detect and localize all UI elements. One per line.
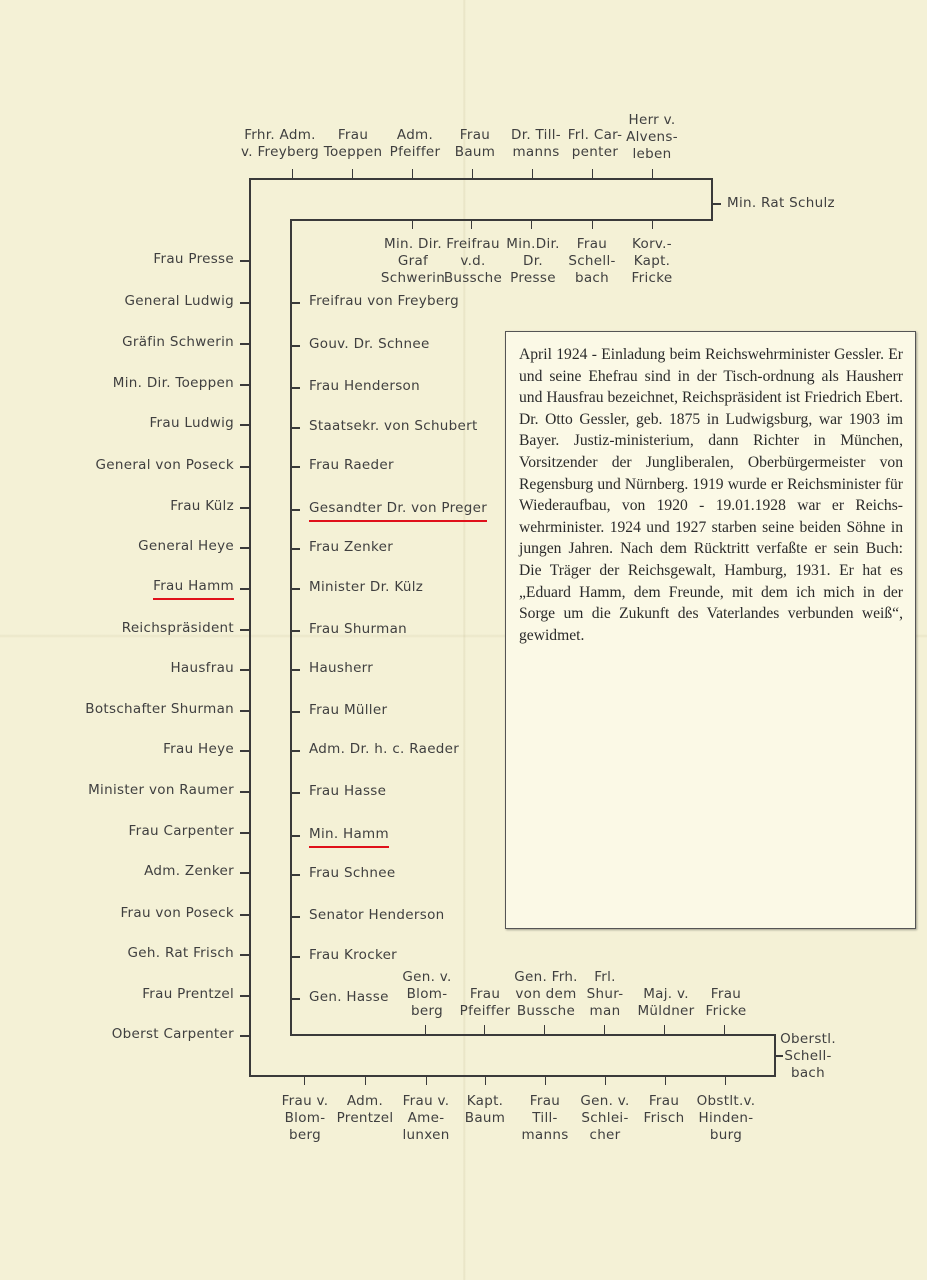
tick [240, 710, 249, 712]
tick [240, 384, 249, 386]
seat-label: Minister von Raumer [88, 782, 234, 799]
seat-label: Gen. Frh. von dem Bussche [514, 969, 578, 1020]
seat-label: Herr v. Alvens- leben [626, 112, 678, 163]
seat-label: Frau Külz [170, 498, 234, 515]
tick [724, 1025, 725, 1034]
tick [365, 1077, 366, 1085]
seat-label: Gouv. Dr. Schnee [309, 336, 430, 353]
tick [291, 835, 300, 837]
seat-label: General Heye [138, 538, 234, 555]
tick [352, 169, 353, 178]
seat-label: Adm. Prentzel [337, 1093, 394, 1127]
seat-label: Min. Dir. Toeppen [113, 375, 234, 392]
seat-label: Frau Ludwig [149, 415, 234, 432]
seat-label: Gen. v. Blom- berg [402, 969, 451, 1020]
seat-label: Hausherr [309, 660, 373, 677]
tick [291, 548, 300, 550]
tick [544, 1025, 545, 1034]
seat-label: Staatsekr. von Schubert [309, 418, 478, 435]
tick [426, 1077, 427, 1085]
seat-label: Senator Henderson [309, 907, 445, 924]
seat-label: Frau Müller [309, 702, 387, 719]
seat-label: Korv.- Kapt. Fricke [632, 236, 673, 287]
seat-label: Dr. Till- manns [511, 127, 561, 161]
top-end-tick [712, 203, 721, 205]
tick [240, 260, 249, 262]
seat-label: Minister Dr. Külz [309, 579, 423, 596]
tick [291, 302, 300, 304]
tick [240, 302, 249, 304]
seat-label: Frau Schell- bach [568, 236, 615, 287]
seat-label: Frau Krocker [309, 947, 397, 964]
tick [240, 872, 249, 874]
inner-left-line [290, 219, 292, 1035]
seat-label: Gräfin Schwerin [122, 334, 234, 351]
tick [240, 547, 249, 549]
tick [725, 1077, 726, 1085]
tick [240, 791, 249, 793]
seat-label: Frau Fricke [706, 986, 747, 1020]
seat-label: Min. Dir. Graf Schwerin [381, 236, 445, 287]
seat-label-highlighted: Gesandter Dr. von Preger [309, 500, 487, 522]
tick [291, 669, 300, 671]
tick [472, 169, 473, 178]
seat-label: Frl. Car- penter [568, 127, 623, 161]
tick [291, 509, 300, 511]
top-right-connector [711, 178, 713, 221]
tick [532, 169, 533, 178]
seat-label: Frau Hasse [309, 783, 386, 800]
tick [240, 466, 249, 468]
seat-label: Geh. Rat Frisch [128, 945, 234, 962]
seat-label: Frau Toeppen [324, 127, 383, 161]
tick [291, 630, 300, 632]
tick [240, 343, 249, 345]
tick [291, 998, 300, 1000]
tick [240, 1035, 249, 1037]
seat-label: Oberst Carpenter [112, 1026, 234, 1043]
seat-label: Frhr. Adm. v. Freyberg [241, 127, 319, 161]
tick [291, 956, 300, 958]
seat-label: Frau Henderson [309, 378, 420, 395]
seat-label: Frau Carpenter [129, 823, 234, 840]
seat-label: Frau Frisch [644, 1093, 685, 1127]
seat-label-highlighted: Min. Hamm [309, 826, 389, 848]
seat-label: Gen. Hasse [309, 989, 389, 1006]
seat-label: Frau Prentzel [142, 986, 234, 1003]
tick [304, 1077, 305, 1085]
outer-bottom-line [249, 1075, 775, 1077]
seat-label: Frau Till- manns [521, 1093, 568, 1144]
tick [471, 220, 472, 229]
seat-label: General von Poseck [96, 457, 235, 474]
tick [652, 220, 653, 229]
tick [412, 169, 413, 178]
seat-label: Frau Pfeiffer [460, 986, 511, 1020]
tick [592, 220, 593, 229]
tick [240, 424, 249, 426]
top-end-label: Min. Rat Schulz [727, 195, 835, 212]
tick [240, 588, 249, 590]
tick [545, 1077, 546, 1085]
seat-label: Kapt. Baum [465, 1093, 505, 1127]
tick [291, 427, 300, 429]
inner-bottom-line [290, 1034, 775, 1036]
seat-label: Adm. Dr. h. c. Raeder [309, 741, 459, 758]
outer-top-line [249, 178, 712, 180]
seat-label: Freifrau von Freyberg [309, 293, 459, 310]
tick [240, 832, 249, 834]
tick [425, 1025, 426, 1034]
tick [412, 220, 413, 229]
tick [485, 1077, 486, 1085]
tick [664, 1025, 665, 1034]
seat-label: Frau v. Ame- lunxen [402, 1093, 449, 1144]
tick [531, 220, 532, 229]
inner-top-line [290, 219, 712, 221]
tick [665, 1077, 666, 1085]
left-column: Frau Presse General Ludwig Gräfin Schwer… [0, 0, 234, 1280]
tick [240, 995, 249, 997]
seat-label: Frau Schnee [309, 865, 395, 882]
seat-label: Frau Presse [153, 251, 234, 268]
tick [291, 711, 300, 713]
seat-label: General Ludwig [125, 293, 234, 310]
seat-label: Frau von Poseck [120, 905, 234, 922]
annotation-note: April 1924 - Einladung beim Reichswehrmi… [505, 331, 916, 929]
seat-label: Frl. Shur- man [587, 969, 624, 1020]
tick [652, 169, 653, 178]
seat-label: Gen. v. Schlei- cher [580, 1093, 629, 1144]
seat-label-highlighted: Frau Hamm [153, 578, 234, 600]
tick [240, 669, 249, 671]
tick [291, 750, 300, 752]
tick [291, 466, 300, 468]
seat-label: Frau Zenker [309, 539, 393, 556]
tick [592, 169, 593, 178]
tick [291, 387, 300, 389]
seat-label: Adm. Pfeiffer [390, 127, 441, 161]
seat-label: Adm. Zenker [144, 863, 234, 880]
tick [291, 588, 300, 590]
seat-label: Frau Baum [455, 127, 495, 161]
tick [240, 507, 249, 509]
tick [292, 169, 293, 178]
tick [604, 1025, 605, 1034]
tick [240, 914, 249, 916]
seat-label: Frau v. Blom- berg [282, 1093, 329, 1144]
seat-label: Freifrau v.d. Bussche [444, 236, 502, 287]
seat-label: Frau Heye [163, 741, 234, 758]
seat-label: Reichspräsident [122, 620, 234, 637]
bottom-end-label: Oberstl. Schell- bach [780, 1031, 836, 1082]
annotation-note-text: April 1924 - Einladung beim Reichswehrmi… [519, 344, 903, 646]
tick [240, 954, 249, 956]
outer-left-line [249, 178, 251, 1076]
tick [291, 792, 300, 794]
seat-label: Obstlt.v. Hinden- burg [697, 1093, 756, 1144]
seat-label: Frau Shurman [309, 621, 407, 638]
tick [605, 1077, 606, 1085]
seat-label: Frau Raeder [309, 457, 394, 474]
tick [291, 345, 300, 347]
tick [291, 874, 300, 876]
seat-label: Hausfrau [170, 660, 234, 677]
seat-label: Botschafter Shurman [85, 701, 234, 718]
seat-label: Maj. v. Müldner [637, 986, 694, 1020]
tick [240, 750, 249, 752]
tick [484, 1025, 485, 1034]
tick [240, 629, 249, 631]
tick [291, 916, 300, 918]
seat-label: Min.Dir. Dr. Presse [506, 236, 559, 287]
